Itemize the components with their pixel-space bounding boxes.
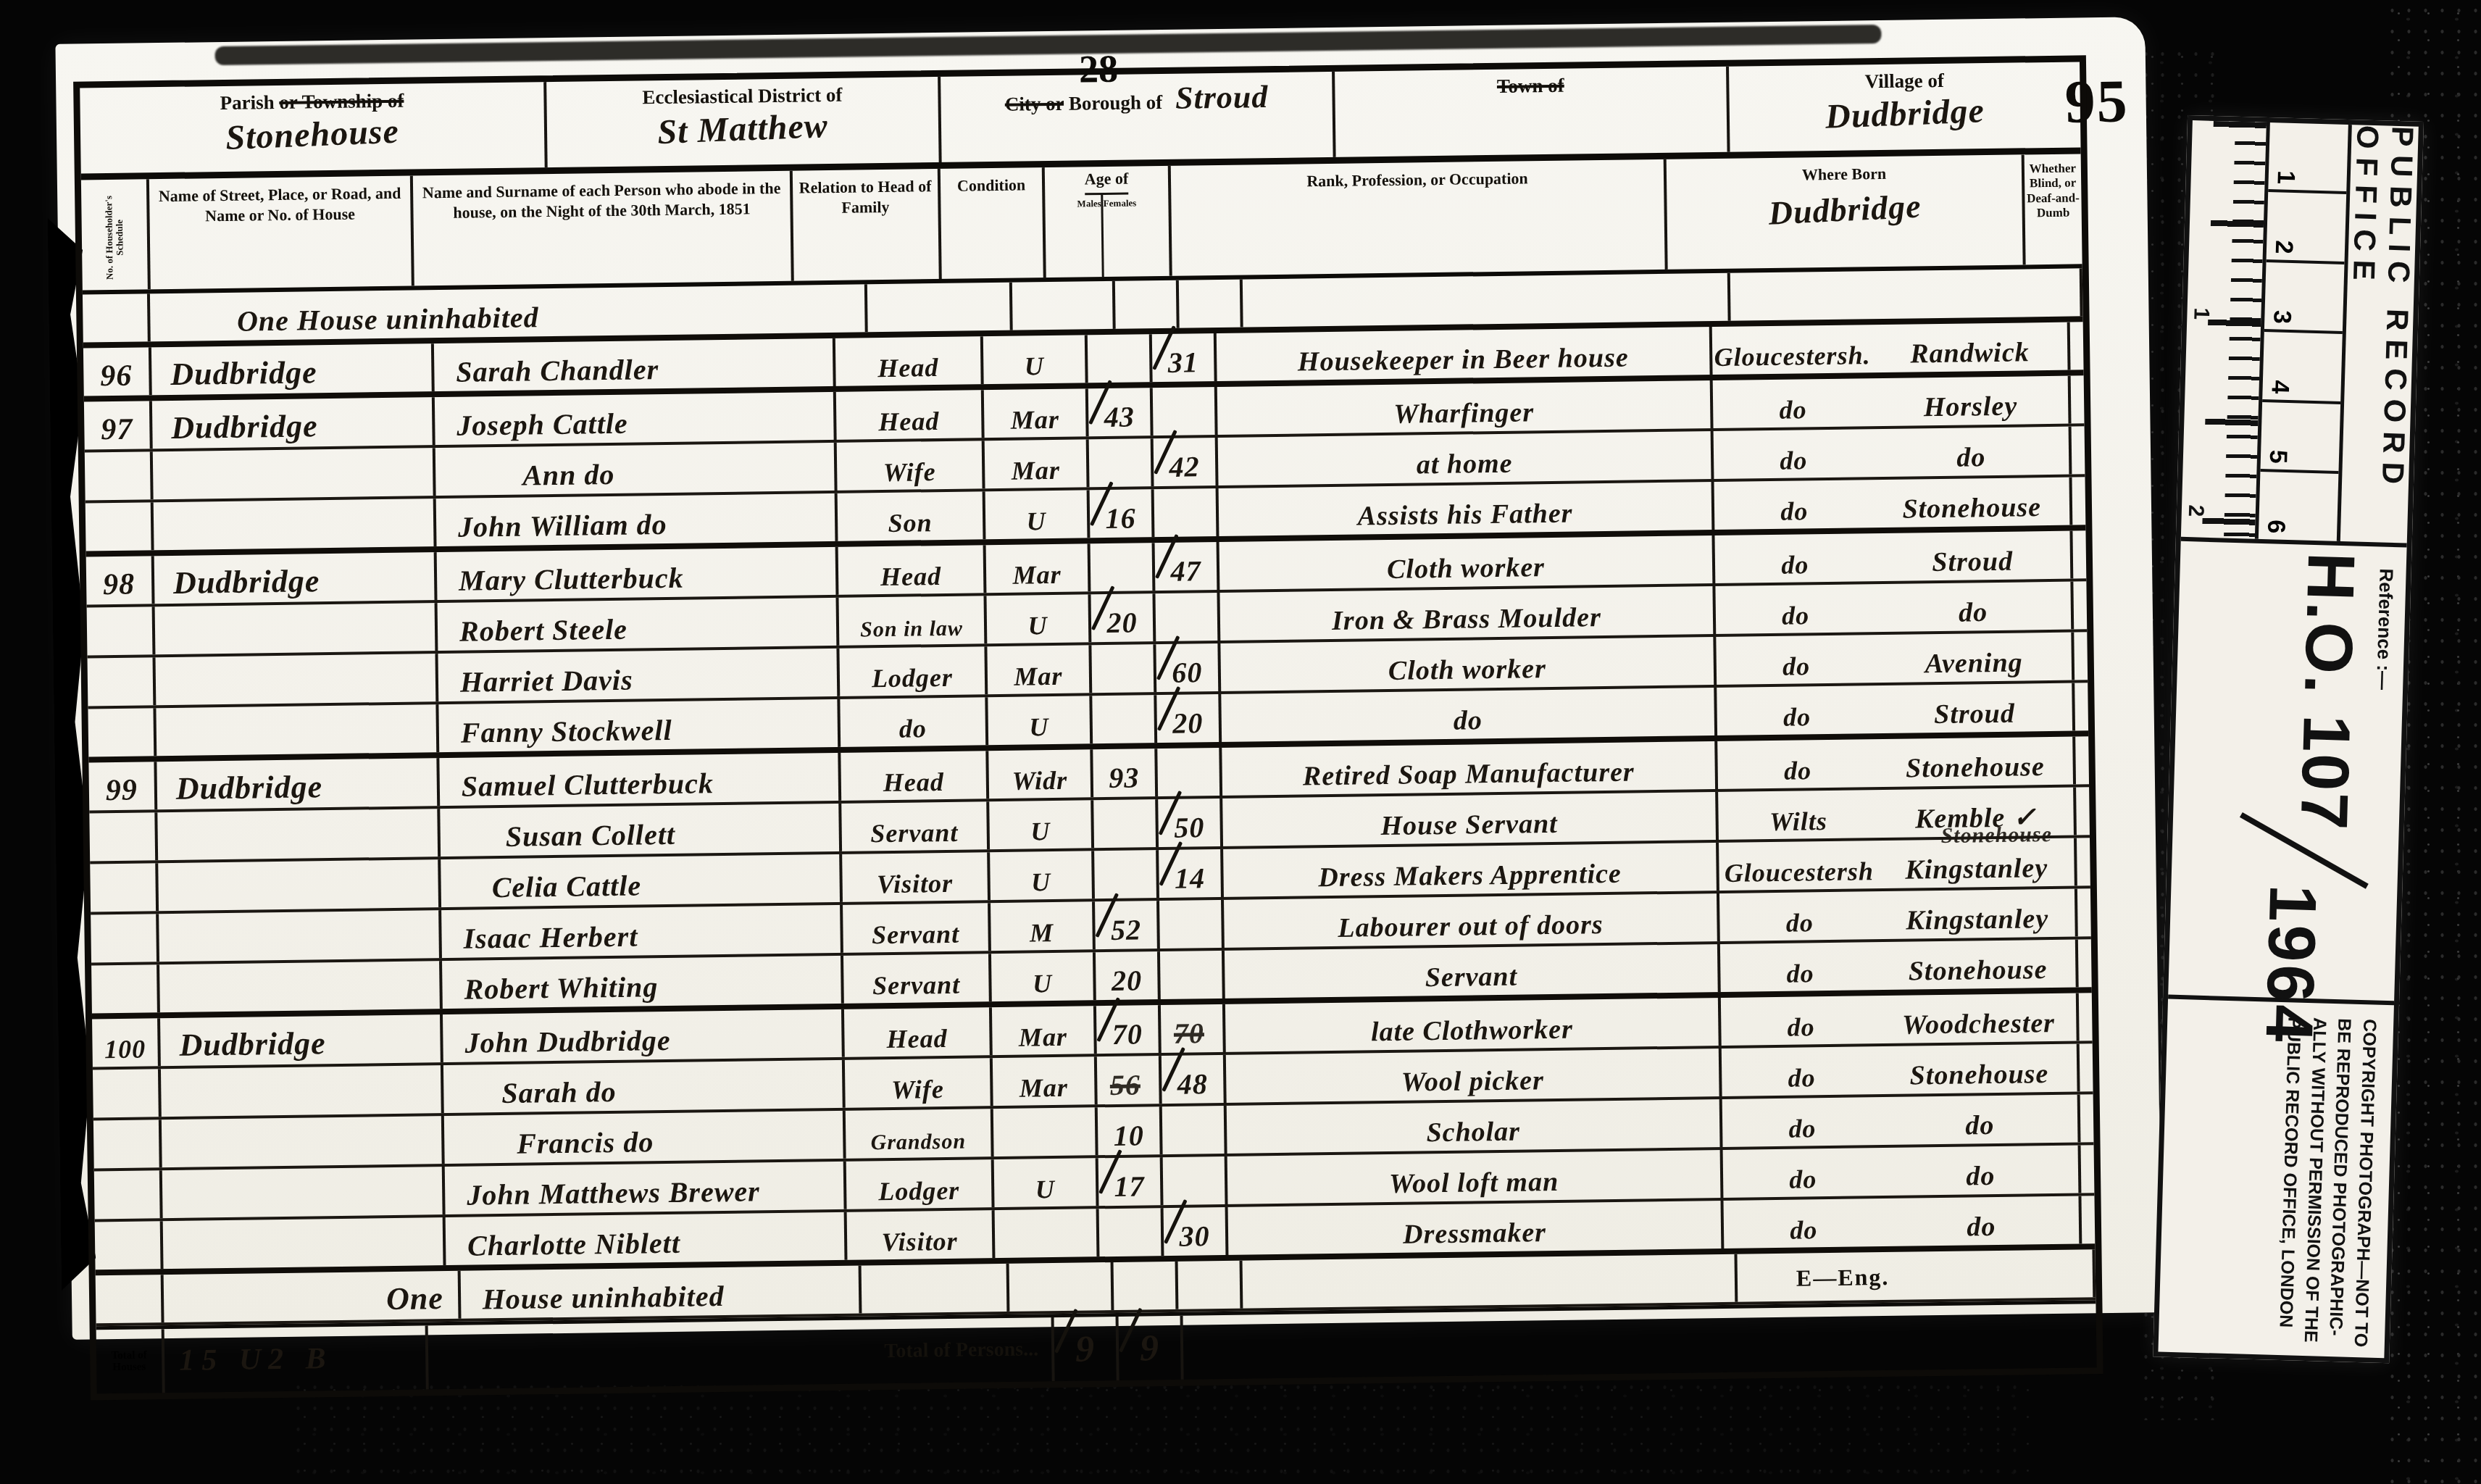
age-male-cell: 56 (1097, 1056, 1162, 1104)
total-houses-value-cell: 15 U2 B (164, 1325, 429, 1393)
street-cell (162, 1116, 445, 1167)
age-male-cell: 70 (1096, 1005, 1162, 1054)
name-cell: Charlotte Niblett (446, 1212, 848, 1265)
borough-header: City or Borough of Stroud (941, 72, 1335, 162)
age-male-cell: 16 (1090, 489, 1155, 538)
infirmity-cell (2080, 1094, 2094, 1142)
col-occupation: Rank, Profession, or Occupation (1171, 159, 1668, 276)
infirmity-cell (2072, 477, 2085, 525)
where-born-cell: doStonehouse (1722, 1044, 2080, 1096)
relation-cell: Lodger (839, 646, 988, 696)
borough-label: Borough of (1064, 91, 1162, 114)
parish-label: Parish (220, 91, 279, 114)
age-female-cell: 30 (1164, 1207, 1229, 1256)
street-cell (156, 654, 439, 705)
age-male-cell (1093, 799, 1159, 848)
occupation-cell: at home (1218, 431, 1714, 485)
occupation-cell: Scholar (1227, 1099, 1723, 1154)
age-male-cell (1114, 1262, 1179, 1310)
col-where-born: Where Born Dudbridge (1667, 154, 2026, 269)
total-males-cell: 9 (1054, 1317, 1119, 1381)
infirmity-cell (2079, 993, 2093, 1041)
occupation-cell: Cloth worker (1219, 535, 1716, 590)
infirmity-cell (2074, 632, 2088, 680)
occupation-cell: Dressmaker (1228, 1201, 1725, 1255)
where-born-cell: doStroud (1717, 683, 2075, 735)
condition-cell: Mar (986, 543, 1091, 593)
infirmity-cell (2076, 787, 2090, 835)
occupation-cell: Servant (1225, 944, 1721, 999)
schedule-cell (94, 1170, 163, 1219)
street-cell (155, 603, 438, 654)
relation-cell (862, 1264, 1010, 1314)
col-schedule-number: No. of Householder's Schedule (81, 179, 151, 290)
infirmity-cell (2081, 1196, 2095, 1243)
relation-cell: Visitor (847, 1210, 996, 1260)
schedule-cell (87, 606, 156, 655)
tally-mark (1119, 1308, 1143, 1353)
street-cell (153, 448, 436, 499)
occupation-cell: Labourer out of doors (1224, 893, 1720, 948)
age-male-cell (1092, 695, 1157, 743)
pro-reference-strip: PUBLIC RECORD OFFICE 1 2 3 4 5 6 1 2 Ref… (2153, 115, 2424, 1363)
name-cell: John William do (436, 493, 838, 546)
occupation-cell: late Clothworker (1225, 998, 1722, 1052)
where-born-cell (1738, 1249, 2096, 1301)
relation-cell: Lodger (846, 1159, 995, 1209)
relation-cell: Servant (843, 954, 992, 1004)
age-female-cell: 47 (1155, 542, 1220, 591)
name-cell: Francis do (444, 1111, 846, 1164)
relation-cell: Servant (843, 903, 991, 953)
total-females-cell: 9 (1119, 1316, 1184, 1380)
condition-cell: U (985, 490, 1091, 539)
infirmity-cell (2075, 683, 2088, 730)
age-male-cell (1099, 1208, 1164, 1256)
age-female-cell: 50 (1158, 799, 1223, 847)
condition-cell: Mar (985, 439, 1090, 488)
where-born-cell: doStonehouse (1714, 478, 2073, 530)
relation-cell: Son (838, 491, 986, 541)
borough-label-struck: City or (1005, 93, 1064, 115)
reference-class: H.O. 107 (2285, 551, 2369, 832)
tally-mark (1054, 1309, 1078, 1354)
where-born-cell: dodo (1722, 1095, 2081, 1147)
condition-cell: Mar (987, 645, 1092, 694)
relation-cell: Head (838, 545, 987, 595)
struck-age: 56 (1110, 1070, 1141, 1104)
name-cell: Robert Whiting (442, 956, 844, 1009)
reference-block: Reference :— H.O. 107 1964 (2168, 541, 2406, 1001)
relation-cell (867, 283, 1013, 333)
age-male-cell: 20 (1091, 593, 1156, 642)
street-cell: Dudbridge (151, 343, 435, 395)
schedule-cell (89, 812, 158, 861)
schedule-cell (93, 1069, 162, 1117)
uninhabited-note: One House uninhabited (150, 284, 868, 341)
age-female-cell (1154, 488, 1219, 537)
occupation-cell: Dress Makers Apprentice (1223, 843, 1719, 897)
street-cell (158, 859, 441, 911)
age-female-cell (1160, 951, 1225, 999)
pro-office-title: PUBLIC RECORD OFFICE (2337, 125, 2419, 543)
uninhabited-note: House uninhabited (460, 1266, 862, 1319)
schedule-cell (88, 708, 157, 756)
age-female-cell: 70 (1161, 1004, 1226, 1053)
street-cell (156, 704, 439, 756)
name-cell: Robert Steele (438, 598, 840, 651)
infirmity-cell (2077, 888, 2091, 936)
where-born-correction: Stonehouse (1940, 824, 2052, 851)
occupation-cell: Wharfinger (1217, 380, 1714, 435)
where-born-cell: dodo (1714, 427, 2072, 479)
age-female-cell: 20 (1156, 694, 1222, 743)
age-male-cell (1089, 438, 1154, 487)
age-male-cell (1091, 644, 1156, 693)
where-born-cell: dodo (1724, 1196, 2082, 1248)
schedule-cell (96, 1275, 164, 1323)
schedule-cell: 96 (83, 347, 152, 396)
relation-cell: Visitor (842, 852, 991, 902)
infirmity-cell (2080, 1043, 2093, 1091)
condition-cell (995, 1209, 1100, 1258)
name-cell: Ann do (435, 443, 838, 496)
parish-value: Stonehouse (80, 106, 545, 164)
schedule-cell (88, 657, 157, 706)
where-born-cell: doKingstanley (1719, 889, 2078, 941)
name-cell: Sarah Chandler (434, 338, 836, 391)
relation-cell: Wife (845, 1058, 993, 1108)
street-cell: Dudbridge (154, 552, 438, 604)
age-female-cell (1157, 748, 1222, 796)
occupation-cell (1242, 273, 1730, 328)
condition-cell: Mar (993, 1056, 1098, 1106)
name-cell: Mary Clutterbuck (437, 547, 839, 600)
infirmity-cell (2078, 939, 2092, 987)
condition-cell (993, 1107, 1098, 1156)
street-cell (159, 910, 442, 962)
col-name-surname: Name and Surname of each Person who abod… (413, 171, 794, 286)
col-age-males: Males (1077, 195, 1104, 277)
relation-cell: Head (844, 1007, 993, 1057)
age-female-cell (1177, 1261, 1243, 1309)
condition-cell: Widr (988, 749, 1093, 799)
name-cell: Fanny Stockwell (438, 699, 841, 752)
street-cell (162, 1167, 446, 1218)
where-born-cell: GloucestershKingstanleyStonehouse (1719, 838, 2077, 891)
condition-cell: M (991, 901, 1096, 951)
ecclesiastical-district-header: Ecclesiastical District of St Matthew (546, 77, 941, 167)
village-label: Village of (1864, 70, 1944, 92)
occupation-cell: House Servant (1222, 792, 1719, 846)
infirmity-cell (2073, 581, 2087, 629)
where-born-cell (1730, 268, 2083, 320)
age-female-cell (1179, 280, 1243, 328)
col-condition: Condition (941, 167, 1046, 279)
where-born-cell: doStonehouse (1717, 737, 2076, 789)
name-cell: Isaac Herbert (441, 905, 843, 958)
census-table: Parish or Township of Stonehouse Ecclesi… (73, 55, 2103, 1400)
age-female-cell (1162, 1106, 1227, 1154)
occupation-cell: Iron & Brass Moulder (1219, 586, 1716, 641)
age-female-cell: 48 (1162, 1055, 1227, 1104)
schedule-cell: 99 (88, 762, 157, 810)
parish-header: Parish or Township of Stonehouse (80, 82, 547, 173)
borough-value: Stroud (1175, 79, 1269, 116)
col-street: Name of Street, Place, or Road, and Name… (149, 176, 414, 290)
condition-cell: U (990, 851, 1095, 900)
street-cell (159, 961, 443, 1012)
age-male-cell (1088, 334, 1153, 383)
town-header: Town of (1335, 67, 1730, 157)
col-relation: Relation to Head of Family (793, 169, 942, 281)
schedule-cell (91, 964, 160, 1013)
name-cell: John Dudbridge (443, 1009, 845, 1062)
age-female-cell (1153, 387, 1218, 435)
street-cell (161, 1065, 444, 1117)
condition-cell: U (989, 800, 1094, 849)
name-cell: Samuel Clutterbuck (439, 753, 841, 806)
schedule-cell: 97 (84, 401, 153, 449)
relation-cell: Head (841, 751, 989, 801)
where-born-cell: Gloucestersh.Randwick (1712, 322, 2071, 375)
copyright-notice: COPYRIGHT PHOTOGRAPH—NOT TO BE REPRODUCE… (2158, 994, 2394, 1358)
reference-label: Reference :— (2372, 568, 2398, 690)
where-born-header-value: Dudbridge (1767, 185, 1922, 234)
reference-piece: 1964 (2250, 884, 2330, 1046)
where-born-cell: doAvening (1716, 633, 2075, 685)
age-male-cell (1094, 850, 1159, 899)
occupation-cell: Retired Soap Manufacturer (1222, 741, 1718, 796)
col-infirmity: Whether Blind, or Deaf-and-Dumb (2025, 154, 2082, 264)
condition-cell (1012, 281, 1116, 330)
schedule-cell (83, 293, 150, 342)
street-cell (163, 1217, 446, 1269)
village-header: Village of Dudbridge (1729, 62, 2081, 151)
street-cell: One (164, 1271, 462, 1322)
schedule-cell: 98 (86, 556, 155, 604)
col-age-females: Females (1104, 194, 1138, 277)
where-born-cell: doStonehouse (1720, 940, 2079, 992)
street-cell: Dudbridge (160, 1014, 443, 1066)
schedule-cell (86, 502, 154, 551)
schedule-cell (91, 914, 159, 962)
schedule-cell: 100 (92, 1018, 161, 1067)
where-born-cell: dodo (1715, 582, 2074, 634)
age-male-cell: 20 (1096, 951, 1161, 1000)
relation-cell: Grandson (846, 1109, 994, 1159)
where-born-cell: doStroud (1714, 531, 2073, 583)
age-female-cell: 60 (1156, 643, 1221, 692)
schedule-cell (95, 1221, 164, 1270)
age-female-cell: 14 (1159, 849, 1224, 898)
name-cell: Harriet Davis (438, 649, 840, 701)
age-female-cell (1159, 900, 1225, 949)
infirmity-cell (2077, 838, 2090, 885)
relation-cell: Head (836, 390, 985, 440)
infirmity-cell (2072, 426, 2085, 474)
occupation-cell: Wool picker (1226, 1049, 1722, 1103)
cm-ruler: 1 2 (2181, 120, 2267, 538)
infirmity-cell (2075, 736, 2089, 784)
where-born-cell: doWoodchester (1721, 993, 2080, 1046)
schedule-cell (85, 451, 154, 500)
occupation-cell: Cloth worker (1220, 637, 1717, 691)
occupation-cell (1242, 1254, 1738, 1309)
condition-cell: U (994, 1158, 1099, 1207)
occupation-cell: Assists his Father (1219, 482, 1715, 536)
footer-mark: E—Eng. (1796, 1264, 1890, 1292)
age-male-cell: 17 (1098, 1157, 1164, 1206)
relation-cell: do (840, 697, 988, 747)
schedule-cell (90, 863, 159, 912)
condition-cell: U (988, 696, 1093, 745)
totals-empty-cell (1183, 1304, 2097, 1379)
relation-cell: Son in law (839, 596, 988, 646)
age-male-cell: 10 (1098, 1106, 1163, 1155)
occupation-cell: do (1221, 688, 1717, 742)
relation-cell: Head (835, 336, 984, 386)
age-male-cell: 52 (1095, 901, 1160, 949)
name-cell: Susan Collett (440, 804, 842, 856)
schedule-cell (93, 1120, 162, 1168)
condition-cell: U (986, 594, 1091, 643)
age-female-cell: 31 (1152, 333, 1217, 382)
name-cell: Sarah do (443, 1060, 846, 1113)
infirmity-cell (2070, 322, 2084, 370)
occupation-cell: Housekeeper in Beer house (1217, 327, 1713, 381)
age-female-cell (1163, 1156, 1228, 1205)
total-houses-label-cell: Total of Houses (96, 1329, 165, 1393)
infirmity-cell (2071, 375, 2085, 423)
census-page-sheet: 28 95 Parish or Township of Stonehouse E… (55, 17, 2161, 1340)
village-value: Dudbridge (1729, 87, 2081, 141)
age-female-cell: 42 (1154, 438, 1219, 486)
total-persons-label-cell: Total of Persons... (428, 1317, 1055, 1389)
age-male-cell (1115, 280, 1180, 329)
occupation-cell: Wool loft man (1227, 1150, 1724, 1204)
infirmity-cell (2081, 1145, 2095, 1193)
ruler-section: PUBLIC RECORD OFFICE 1 2 3 4 5 6 1 2 (2181, 120, 2419, 547)
where-born-cell: dodo (1723, 1145, 2082, 1197)
where-born-cell: doHorsley (1713, 376, 2072, 428)
street-cell (157, 809, 441, 860)
town-label-struck: Town of (1497, 75, 1564, 97)
street-cell: Dudbridge (157, 758, 440, 809)
condition-cell: U (991, 952, 1096, 1001)
ecclesiastical-value: St Matthew (546, 101, 939, 157)
ruler-ticks (2181, 120, 2267, 538)
condition-cell: Mar (992, 1006, 1097, 1055)
condition-cell: Mar (984, 388, 1089, 438)
age-male-cell: 43 (1088, 388, 1154, 436)
ecclesiastical-label: Ecclesiastical District of (642, 84, 842, 109)
relation-cell: Wife (837, 441, 985, 491)
street-cell (154, 499, 437, 550)
name-cell: Joseph Cattle (435, 392, 837, 445)
age-female-cell (1155, 593, 1220, 641)
struck-age: 70 (1174, 1019, 1205, 1053)
name-cell: John Matthews Brewer (445, 1162, 847, 1214)
age-male-cell: 93 (1093, 749, 1158, 797)
condition-cell: U (983, 335, 1088, 384)
infirmity-cell (2072, 530, 2086, 578)
parish-label-struck: or Township of (279, 90, 404, 113)
age-male-cell (1091, 543, 1156, 591)
relation-cell: Servant (841, 801, 990, 851)
name-cell: Celia Cattle (441, 854, 843, 907)
reference-section: Reference :— H.O. 107 1964 COPYRIGHT PHO… (2158, 541, 2406, 1359)
inch-ruler: 1 2 3 4 5 6 (2255, 122, 2348, 541)
col-age: Age of Males Females (1045, 166, 1172, 278)
condition-cell (1009, 1262, 1114, 1312)
street-cell: Dudbridge (152, 397, 435, 449)
